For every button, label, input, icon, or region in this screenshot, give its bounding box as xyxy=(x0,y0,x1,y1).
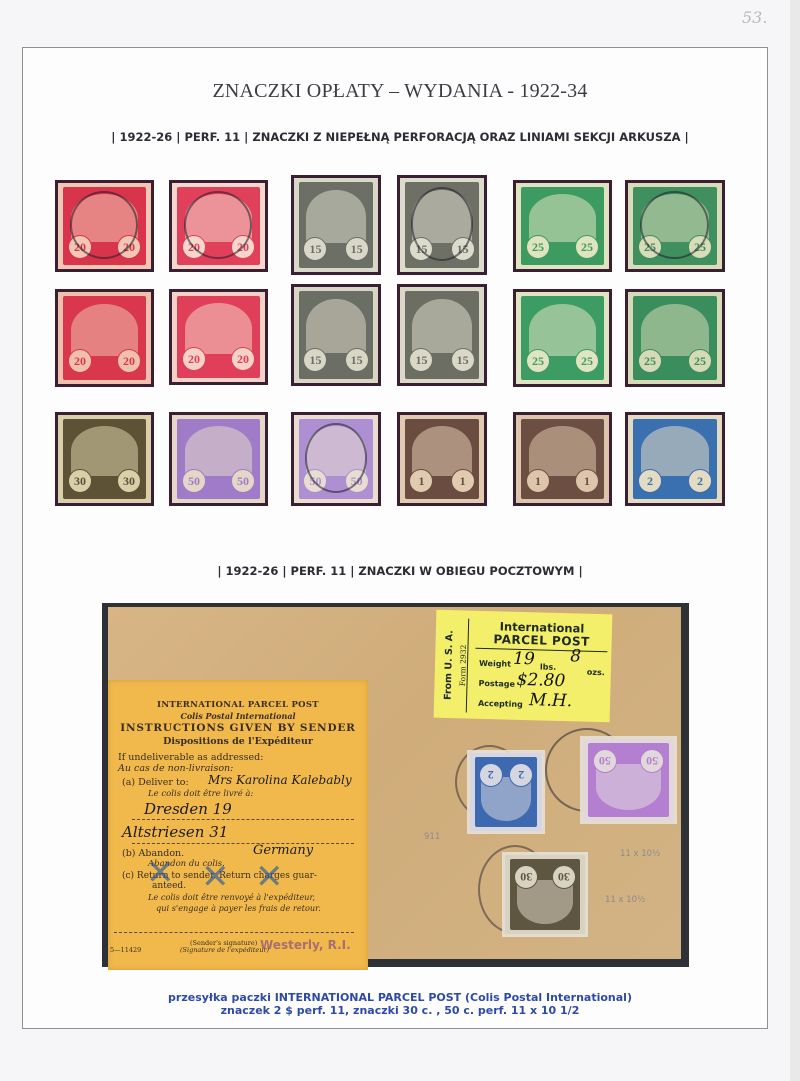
stamp-design: 25 25 xyxy=(521,296,604,380)
stamp-design: 15 15 xyxy=(299,182,373,268)
label-accepting-label: Accepting xyxy=(478,699,523,709)
label-weight-ozs: 8 xyxy=(570,646,581,666)
stamp-denomination: 20 xyxy=(231,347,255,371)
stamp-vignette xyxy=(641,304,708,356)
stamp: 1 1 xyxy=(513,412,612,506)
stamp: 25 25 xyxy=(513,289,612,387)
stamp-denomination: 15 xyxy=(303,348,327,372)
cancellation-mark xyxy=(305,423,368,493)
stamp-vignette xyxy=(306,190,365,243)
parcel-post-label: From U. S. A. Form 2932 International PA… xyxy=(434,610,613,723)
stamp-denomination: 1 xyxy=(451,469,475,493)
stamp-denomination: 15 xyxy=(345,348,369,372)
stamp-design: 2 2 xyxy=(633,419,717,499)
label-weight-lbs: 19 xyxy=(513,649,535,670)
instructions-form: INTERNATIONAL PARCEL POST Colis Postal I… xyxy=(108,680,368,970)
form-line-4: Dispositions de l'Expéditeur xyxy=(108,736,368,747)
label-accepting-value: M.H. xyxy=(529,690,573,711)
form-line-1: INTERNATIONAL PARCEL POST xyxy=(108,700,368,710)
page-number: 53. xyxy=(742,8,767,27)
stamp: 25 25 xyxy=(625,180,725,272)
cross-mark: ✕ xyxy=(255,860,284,894)
cancellation-mark xyxy=(70,191,138,259)
stamp-design: 30 30 xyxy=(510,859,580,930)
stamp-denomination: 25 xyxy=(688,349,712,373)
stamp: 15 15 xyxy=(397,175,487,275)
label-form-number: Form 2932 xyxy=(458,645,468,687)
section-heading-2: | 1922-26 | PERF. 11 | ZNACZKI W OBIEGU … xyxy=(0,564,800,578)
stamp-vignette xyxy=(306,299,365,354)
stamp-denomination: 20 xyxy=(182,347,206,371)
form-signature-stamp: Westerly, R.I. xyxy=(260,938,351,952)
form-address-1: Dresden 19 xyxy=(144,800,232,818)
label-heading-2: PARCEL POST xyxy=(475,632,607,652)
stamp: 2 2 xyxy=(625,412,725,506)
form-dash xyxy=(132,819,354,820)
stamp-denomination: 50 xyxy=(231,469,255,493)
stamp: 20 20 xyxy=(55,180,154,272)
stamp-design: 1 1 xyxy=(521,419,604,499)
caption-line-2: znaczek 2 $ perf. 11, znaczki 30 c. , 50… xyxy=(0,1004,800,1017)
stamp-denomination: 2 xyxy=(638,469,662,493)
stamp: 25 25 xyxy=(513,180,612,272)
stamp-denomination: 15 xyxy=(409,348,433,372)
form-deliver-to: (a) Deliver to: xyxy=(122,777,189,788)
stamp-design: 1 1 xyxy=(405,419,479,499)
stamp-vignette xyxy=(71,304,137,356)
page-title: ZNACZKI OPŁATY – WYDANIA - 1922-34 xyxy=(0,80,800,103)
stamp-denomination: 1 xyxy=(526,469,550,493)
form-if-undeliverable: If undeliverable as addressed: xyxy=(118,752,263,763)
stamp-denomination: 25 xyxy=(638,349,662,373)
stamp: 50 50 xyxy=(169,412,268,506)
stamp-denomination: 2 xyxy=(479,763,503,787)
stamp-denomination: 1 xyxy=(409,469,433,493)
stamp-denomination: 25 xyxy=(575,349,599,373)
label-from: From U. S. A. xyxy=(443,630,456,700)
stamp-vignette xyxy=(529,304,595,356)
stamp: 20 20 xyxy=(55,289,154,387)
stamp-denomination: 50 xyxy=(182,469,206,493)
label-weight-label: Weight xyxy=(479,659,511,669)
pencil-note-30c: 11 x 10½ xyxy=(605,895,645,905)
cover-stamp: 30 30 xyxy=(502,852,588,937)
stamp-denomination: 2 xyxy=(688,469,712,493)
stamp: 20 20 xyxy=(169,180,268,272)
stamp-design: 50 50 xyxy=(588,743,669,817)
stamp: 25 25 xyxy=(625,289,725,387)
form-signature-fr: (Signature de l'expéditeur) xyxy=(180,946,269,954)
stamp-design: 25 25 xyxy=(521,187,604,265)
form-line-3: INSTRUCTIONS GIVEN BY SENDER xyxy=(108,722,368,734)
form-line-2: Colis Postal International xyxy=(108,711,368,721)
stamp: 1 1 xyxy=(397,412,487,506)
stamp-design: 15 15 xyxy=(405,291,479,379)
form-dash xyxy=(114,932,354,933)
stamp-denomination: 20 xyxy=(68,349,92,373)
stamp: 15 15 xyxy=(397,284,487,386)
cancellation-mark xyxy=(411,187,474,261)
section-heading-1: | 1922-26 | PERF. 11 | ZNACZKI Z NIEPEŁN… xyxy=(0,130,800,144)
stamp-denomination: 50 xyxy=(593,749,617,773)
form-return-fr-2: qui s'engage à payer les frais de retour… xyxy=(156,903,321,913)
cover-stamp: 50 50 xyxy=(580,736,677,824)
form-address-2: Altstriesen 31 xyxy=(122,823,228,841)
form-return-fr-1: Le colis doit être renvoyé à l'expéditeu… xyxy=(148,892,315,902)
label-ozs-label: ozs. xyxy=(587,668,605,677)
label-postage-value: $2.80 xyxy=(516,670,565,691)
form-country: Germany xyxy=(253,843,313,858)
stamp-denomination: 15 xyxy=(303,237,327,261)
stamp-denomination: 25 xyxy=(526,349,550,373)
stamp-denomination: 30 xyxy=(68,469,92,493)
stamp-denomination: 30 xyxy=(117,469,141,493)
stamp: 15 15 xyxy=(291,175,381,275)
stamp-denomination: 20 xyxy=(117,349,141,373)
form-deliver-fr: Le colis doit être livré à: xyxy=(148,789,253,799)
stamp-design: 50 50 xyxy=(177,419,260,499)
cover-stamp: 2 2 xyxy=(467,750,545,834)
cross-mark: ✕ xyxy=(201,860,230,894)
stamp-denomination: 15 xyxy=(345,237,369,261)
stamp-denomination: 25 xyxy=(526,235,550,259)
pencil-note-50c: 11 x 10½ xyxy=(620,849,660,859)
stamp-denomination: 15 xyxy=(451,348,475,372)
form-recipient: Mrs Karolina Kalebably xyxy=(208,773,352,787)
label-postage-label: Postage xyxy=(478,679,515,689)
page-edge xyxy=(790,0,800,1081)
stamp: 15 15 xyxy=(291,284,381,386)
cross-mark: ✕ xyxy=(146,856,175,890)
cancellation-mark xyxy=(184,191,252,259)
stamp-denomination: 2 xyxy=(509,763,533,787)
stamp: 30 30 xyxy=(55,412,154,506)
stamp-design: 15 15 xyxy=(299,291,373,379)
stamp-denomination: 30 xyxy=(514,865,538,889)
stamp: 50 50 xyxy=(291,412,381,506)
stamp-denomination: 50 xyxy=(640,749,664,773)
caption-line-1: przesyłka paczki INTERNATIONAL PARCEL PO… xyxy=(0,991,800,1004)
stamp-design: 25 25 xyxy=(633,296,717,380)
stamp-denomination: 1 xyxy=(575,469,599,493)
form-number: 5—11429 xyxy=(110,946,141,954)
stamp: 20 20 xyxy=(169,289,268,385)
stamp-design: 2 2 xyxy=(475,757,537,827)
stamp-denomination: 30 xyxy=(552,865,576,889)
stamp-denomination: 25 xyxy=(575,235,599,259)
stamp-design: 20 20 xyxy=(63,296,146,380)
label-side: From U. S. A. Form 2932 xyxy=(440,618,469,713)
stamp-design: 20 20 xyxy=(177,296,260,378)
stamp-design: 30 30 xyxy=(63,419,146,499)
cancellation-mark xyxy=(640,191,709,259)
form-dash xyxy=(132,843,354,844)
stamp-vignette xyxy=(412,299,471,354)
pencil-note-2dollar: 911 xyxy=(424,832,440,842)
